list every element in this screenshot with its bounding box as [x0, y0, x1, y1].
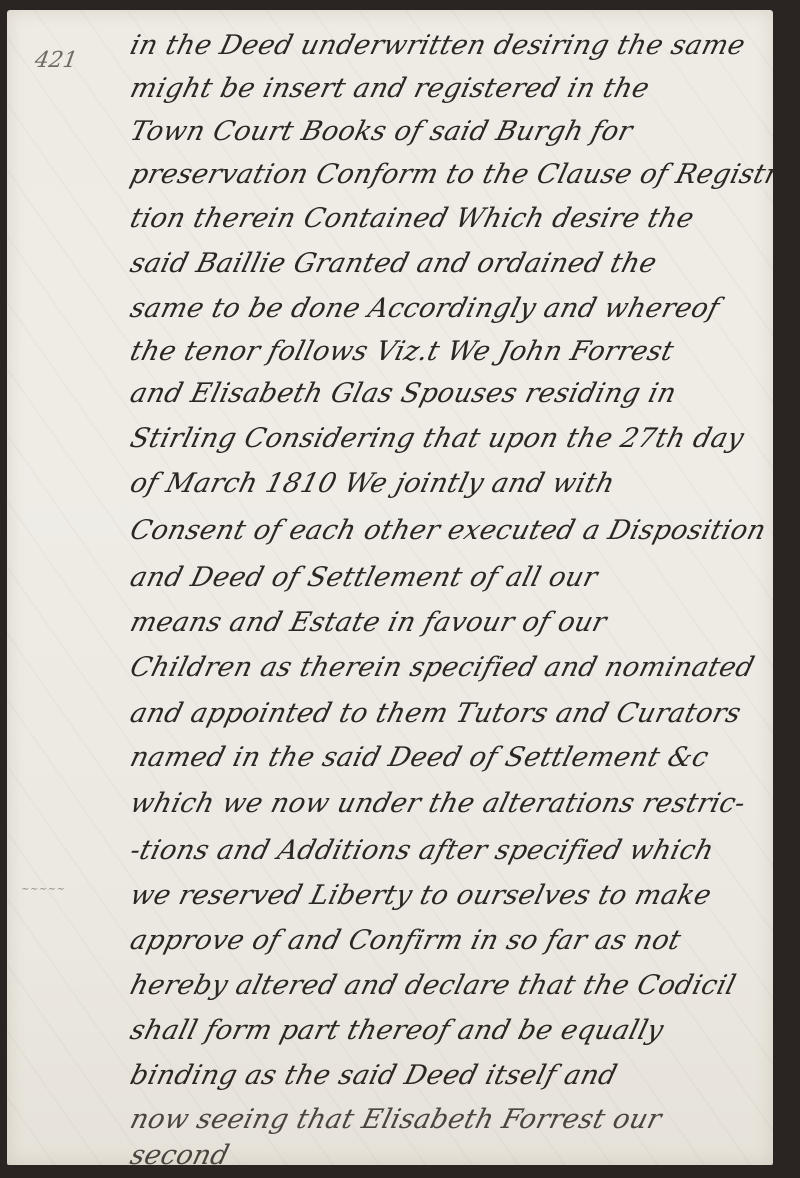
text-line: tion therein Contained Which desire the	[127, 203, 771, 234]
text-line: and Elisabeth Glas Spouses residing in	[127, 378, 771, 409]
text-line: means and Estate in favour of our	[127, 607, 771, 638]
text-line: preservation Conform to the Clause of Re…	[127, 159, 771, 190]
text-line: shall form part thereof and be equally	[127, 1015, 771, 1046]
text-line: which we now under the alterations restr…	[127, 788, 771, 819]
text-line: same to be done Accordingly and whereof	[127, 293, 771, 324]
manuscript-text: in the Deed underwritten desiring the sa…	[7, 10, 773, 1165]
text-line: Stirling Considering that upon the 27th …	[127, 423, 771, 454]
text-line: and Deed of Settlement of all our	[127, 562, 771, 593]
text-line: Children as therein specified and nomina…	[127, 652, 771, 683]
text-line: binding as the said Deed itself and	[127, 1060, 771, 1091]
text-line: second	[127, 1140, 771, 1165]
text-line: hereby altered and declare that the Codi…	[127, 970, 771, 1001]
text-line: approve of and Confirm in so far as not	[127, 925, 771, 956]
text-line: we reserved Liberty to ourselves to make	[127, 880, 771, 911]
text-line: -tions and Additions after specified whi…	[127, 835, 771, 866]
text-line: might be insert and registered in the	[127, 73, 771, 104]
text-line: Town Court Books of said Burgh for	[127, 116, 771, 147]
text-line: and appointed to them Tutors and Curator…	[127, 698, 771, 729]
text-line: in the Deed underwritten desiring the sa…	[127, 30, 771, 61]
text-line: the tenor follows Viz.t We John Forrest	[127, 336, 771, 367]
text-line: Consent of each other executed a Disposi…	[127, 515, 771, 546]
text-line: now seeing that Elisabeth Forrest our	[127, 1104, 771, 1135]
text-line: said Baillie Granted and ordained the	[127, 248, 771, 279]
text-line: named in the said Deed of Settlement &c	[127, 742, 771, 773]
text-line: of March 1810 We jointly and with	[127, 468, 771, 499]
manuscript-page: 421 ∼∼∼∼∼ in the Deed underwritten desir…	[7, 10, 773, 1165]
